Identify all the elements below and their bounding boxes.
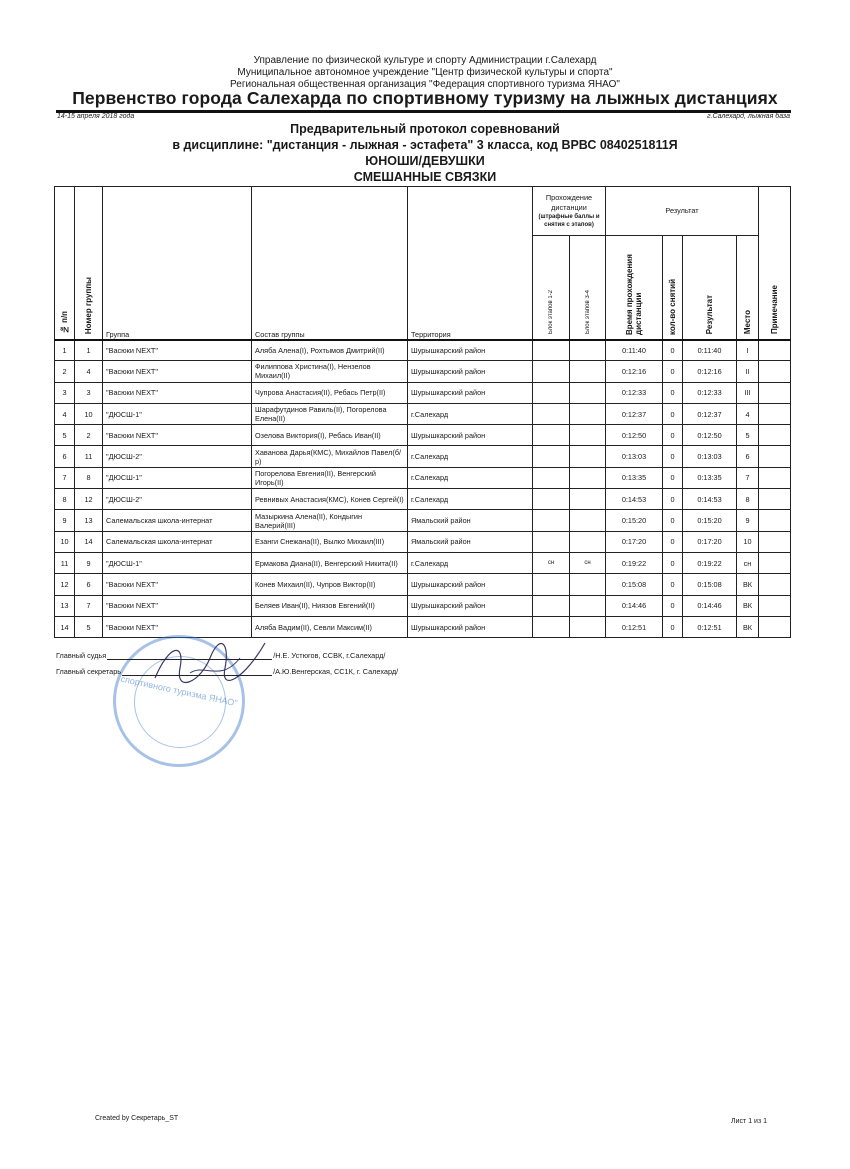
results-table: № п/п Номер группы Группа Состав группы … xyxy=(54,186,791,638)
table-row: 78"ДЮСШ-1"Погорелова Евгения(II), Венгер… xyxy=(55,467,791,488)
subcategory: СМЕШАННЫЕ СВЯЗКИ xyxy=(0,169,850,185)
cell-num: 5 xyxy=(55,425,75,446)
cell-block34 xyxy=(570,340,606,361)
cell-time: 0:12:37 xyxy=(606,403,663,424)
cell-group-num: 1 xyxy=(75,340,103,361)
col-members: Состав группы xyxy=(252,187,408,340)
col-num: № п/п xyxy=(55,187,75,340)
cell-group-num: 9 xyxy=(75,552,103,573)
cell-time: 0:15:08 xyxy=(606,574,663,595)
cell-num: 14 xyxy=(55,616,75,637)
cell-block12 xyxy=(533,489,570,510)
cell-block34 xyxy=(570,510,606,531)
cell-block34 xyxy=(570,425,606,446)
cell-note xyxy=(759,340,791,361)
cell-members: Филиппова Христина(I), Нензелов Михаил(I… xyxy=(252,361,408,382)
cell-note xyxy=(759,510,791,531)
cell-territory: Шурышкарский район xyxy=(408,574,533,595)
col-passage: Прохождение дистанции (штрафные баллы и … xyxy=(533,187,606,236)
cell-note xyxy=(759,382,791,403)
cell-result: 0:11:40 xyxy=(683,340,737,361)
cell-place: 8 xyxy=(737,489,759,510)
table-row: 145"Васюки NEXT"Аляба Вадим(II), Севли М… xyxy=(55,616,791,637)
cell-removals: 0 xyxy=(663,552,683,573)
table-row: 24"Васюки NEXT"Филиппова Христина(I), Не… xyxy=(55,361,791,382)
cell-territory: Шурышкарский район xyxy=(408,595,533,616)
cell-group: Салемальская школа-интернат xyxy=(103,531,252,552)
cell-group: "ДЮСШ-1" xyxy=(103,403,252,424)
col-time: Время прохождения дистанции xyxy=(606,236,663,340)
cell-territory: г.Салехард xyxy=(408,552,533,573)
table-row: 611"ДЮСШ-2"Хаванова Дарья(КМС), Михайлов… xyxy=(55,446,791,467)
cell-result: 0:12:16 xyxy=(683,361,737,382)
cell-territory: Шурышкарский район xyxy=(408,340,533,361)
cell-members: Езанги Снежана(II), Вылко Михаил(III) xyxy=(252,531,408,552)
event-place: г.Салехард, лыжная база xyxy=(707,113,790,120)
cell-num: 10 xyxy=(55,531,75,552)
cell-block12 xyxy=(533,382,570,403)
col-territory: Территория xyxy=(408,187,533,340)
cell-num: 8 xyxy=(55,489,75,510)
cell-group: "Васюки NEXT" xyxy=(103,382,252,403)
cell-removals: 0 xyxy=(663,361,683,382)
cell-removals: 0 xyxy=(663,489,683,510)
cell-removals: 0 xyxy=(663,467,683,488)
col-group-num: Номер группы xyxy=(75,187,103,340)
cell-group-num: 2 xyxy=(75,425,103,446)
cell-territory: Шурышкарский район xyxy=(408,425,533,446)
category: ЮНОШИ/ДЕВУШКИ xyxy=(0,153,850,169)
cell-block34 xyxy=(570,446,606,467)
org-line-1: Управление по физической культуре и спор… xyxy=(0,55,850,67)
cell-num: 13 xyxy=(55,595,75,616)
col-result: Результат xyxy=(683,236,737,340)
col-block34: Блок этапов 3-4 xyxy=(570,236,606,340)
title-rule xyxy=(56,110,791,113)
cell-removals: 0 xyxy=(663,616,683,637)
table-row: 52"Васюки NEXT"Озелова Виктория(I), Реба… xyxy=(55,425,791,446)
cell-territory: г.Салехард xyxy=(408,403,533,424)
cell-members: Беляев Иван(II), Ниязов Евгений(II) xyxy=(252,595,408,616)
cell-note xyxy=(759,595,791,616)
cell-result: 0:17:20 xyxy=(683,531,737,552)
cell-removals: 0 xyxy=(663,340,683,361)
cell-group-num: 12 xyxy=(75,489,103,510)
cell-group-num: 11 xyxy=(75,446,103,467)
cell-time: 0:12:51 xyxy=(606,616,663,637)
cell-block12 xyxy=(533,403,570,424)
table-row: 119"ДЮСШ-1"Ермакова Диана(II), Венгерски… xyxy=(55,552,791,573)
cell-block34 xyxy=(570,531,606,552)
cell-territory: Ямальский район xyxy=(408,531,533,552)
secretary-signature: Главный секретарь/А.Ю.Венгерская, СС1К, … xyxy=(56,667,398,676)
cell-block34 xyxy=(570,574,606,595)
cell-time: 0:14:46 xyxy=(606,595,663,616)
cell-num: 9 xyxy=(55,510,75,531)
cell-block12 xyxy=(533,425,570,446)
cell-group-num: 13 xyxy=(75,510,103,531)
cell-members: Чупрова Анастасия(II), Ребась Петр(II) xyxy=(252,382,408,403)
cell-place: ВК xyxy=(737,574,759,595)
cell-group: "ДЮСШ-1" xyxy=(103,552,252,573)
cell-block34: сн xyxy=(570,552,606,573)
cell-territory: Шурышкарский район xyxy=(408,361,533,382)
cell-num: 6 xyxy=(55,446,75,467)
cell-note xyxy=(759,361,791,382)
cell-group: "Васюки NEXT" xyxy=(103,340,252,361)
cell-group-num: 5 xyxy=(75,616,103,637)
cell-result: 0:14:53 xyxy=(683,489,737,510)
col-place: Место xyxy=(737,236,759,340)
cell-group: "Васюки NEXT" xyxy=(103,574,252,595)
table-row: 410"ДЮСШ-1"Шарафутдинов Равиль(II), Пого… xyxy=(55,403,791,424)
cell-num: 4 xyxy=(55,403,75,424)
table-row: 11"Васюки NEXT"Аляба Алена(I), Рохтымов … xyxy=(55,340,791,361)
cell-group: "ДЮСШ-2" xyxy=(103,489,252,510)
cell-territory: г.Салехард xyxy=(408,467,533,488)
cell-place: 6 xyxy=(737,446,759,467)
cell-block12 xyxy=(533,467,570,488)
cell-block34 xyxy=(570,467,606,488)
cell-group-num: 6 xyxy=(75,574,103,595)
col-result-group: Результат xyxy=(606,187,759,236)
cell-time: 0:12:33 xyxy=(606,382,663,403)
page-title: Первенство города Салехарда по спортивно… xyxy=(0,88,850,109)
cell-block12 xyxy=(533,340,570,361)
cell-group-num: 4 xyxy=(75,361,103,382)
cell-group-num: 10 xyxy=(75,403,103,424)
cell-num: 11 xyxy=(55,552,75,573)
cell-place: ВК xyxy=(737,595,759,616)
cell-time: 0:19:22 xyxy=(606,552,663,573)
cell-time: 0:17:20 xyxy=(606,531,663,552)
cell-time: 0:14:53 xyxy=(606,489,663,510)
cell-removals: 0 xyxy=(663,510,683,531)
cell-territory: Шурышкарский район xyxy=(408,616,533,637)
cell-group: "ДЮСШ-1" xyxy=(103,467,252,488)
cell-members: Шарафутдинов Равиль(II), Погорелова Елен… xyxy=(252,403,408,424)
cell-group-num: 8 xyxy=(75,467,103,488)
cell-result: 0:14:46 xyxy=(683,595,737,616)
page-number: Лист 1 из 1 xyxy=(731,1118,767,1125)
cell-block34 xyxy=(570,489,606,510)
col-block12: Блок этапов 1-2 xyxy=(533,236,570,340)
cell-num: 2 xyxy=(55,361,75,382)
cell-result: 0:13:03 xyxy=(683,446,737,467)
cell-members: Аляба Вадим(II), Севли Максим(II) xyxy=(252,616,408,637)
cell-note xyxy=(759,489,791,510)
cell-note xyxy=(759,403,791,424)
cell-members: Конев Михаил(II), Чупров Виктор(II) xyxy=(252,574,408,595)
cell-note xyxy=(759,446,791,467)
cell-block12 xyxy=(533,510,570,531)
cell-members: Ермакова Диана(II), Венгерский Никита(II… xyxy=(252,552,408,573)
cell-block12 xyxy=(533,616,570,637)
cell-time: 0:13:35 xyxy=(606,467,663,488)
cell-time: 0:12:16 xyxy=(606,361,663,382)
cell-block12 xyxy=(533,531,570,552)
cell-result: 0:15:20 xyxy=(683,510,737,531)
cell-num: 3 xyxy=(55,382,75,403)
cell-num: 1 xyxy=(55,340,75,361)
cell-place: 5 xyxy=(737,425,759,446)
judge-signature: Главный судья/Н.Е. Устюгов, ССВК, г.Сале… xyxy=(56,651,385,660)
cell-note xyxy=(759,531,791,552)
cell-group-num: 3 xyxy=(75,382,103,403)
cell-group: Салемальская школа-интернат xyxy=(103,510,252,531)
created-by: Created by Секретарь_ST xyxy=(95,1115,178,1122)
cell-note xyxy=(759,552,791,573)
cell-block34 xyxy=(570,616,606,637)
table-row: 913Салемальская школа-интернатМазыркина … xyxy=(55,510,791,531)
cell-removals: 0 xyxy=(663,425,683,446)
cell-result: 0:12:37 xyxy=(683,403,737,424)
cell-territory: Шурышкарский район xyxy=(408,382,533,403)
cell-result: 0:12:33 xyxy=(683,382,737,403)
table-row: 126"Васюки NEXT"Конев Михаил(II), Чупров… xyxy=(55,574,791,595)
cell-block34 xyxy=(570,361,606,382)
cell-block12 xyxy=(533,361,570,382)
cell-group-num: 7 xyxy=(75,595,103,616)
cell-group: "Васюки NEXT" xyxy=(103,361,252,382)
cell-block12: сн xyxy=(533,552,570,573)
cell-place: 10 xyxy=(737,531,759,552)
table-row: 33"Васюки NEXT"Чупрова Анастасия(II), Ре… xyxy=(55,382,791,403)
cell-removals: 0 xyxy=(663,446,683,467)
col-group: Группа xyxy=(103,187,252,340)
cell-place: III xyxy=(737,382,759,403)
cell-note xyxy=(759,425,791,446)
cell-place: ВК xyxy=(737,616,759,637)
cell-place: 4 xyxy=(737,403,759,424)
table-row: 812"ДЮСШ-2"Ревнивых Анастасия(КМС), Коне… xyxy=(55,489,791,510)
cell-members: Аляба Алена(I), Рохтымов Дмитрий(II) xyxy=(252,340,408,361)
cell-members: Погорелова Евгения(II), Венгерский Игорь… xyxy=(252,467,408,488)
cell-result: 0:12:50 xyxy=(683,425,737,446)
cell-result: 0:15:08 xyxy=(683,574,737,595)
cell-block34 xyxy=(570,382,606,403)
cell-note xyxy=(759,616,791,637)
cell-time: 0:12:50 xyxy=(606,425,663,446)
org-line-2: Муниципальное автономное учреждение "Цен… xyxy=(0,67,850,79)
cell-members: Ревнивых Анастасия(КМС), Конев Сергей(I) xyxy=(252,489,408,510)
cell-note xyxy=(759,467,791,488)
cell-block34 xyxy=(570,595,606,616)
cell-members: Озелова Виктория(I), Ребась Иван(II) xyxy=(252,425,408,446)
cell-removals: 0 xyxy=(663,382,683,403)
col-note: Примечание xyxy=(759,187,791,340)
cell-time: 0:11:40 xyxy=(606,340,663,361)
event-date: 14-15 апреля 2018 года xyxy=(57,113,134,120)
cell-block12 xyxy=(533,595,570,616)
cell-removals: 0 xyxy=(663,403,683,424)
cell-place: 9 xyxy=(737,510,759,531)
cell-place: 7 xyxy=(737,467,759,488)
cell-members: Хаванова Дарья(КМС), Михайлов Павел(б/р) xyxy=(252,446,408,467)
cell-removals: 0 xyxy=(663,531,683,552)
cell-note xyxy=(759,574,791,595)
cell-place: II xyxy=(737,361,759,382)
cell-block12 xyxy=(533,446,570,467)
cell-time: 0:15:20 xyxy=(606,510,663,531)
cell-territory: г.Салехард xyxy=(408,446,533,467)
cell-num: 7 xyxy=(55,467,75,488)
cell-territory: Ямальский район xyxy=(408,510,533,531)
cell-removals: 0 xyxy=(663,574,683,595)
cell-place: сн xyxy=(737,552,759,573)
cell-members: Мазыркина Алена(II), Кондыгин Валерий(II… xyxy=(252,510,408,531)
cell-territory: г.Салехард xyxy=(408,489,533,510)
cell-block34 xyxy=(570,403,606,424)
table-row: 137"Васюки NEXT"Беляев Иван(II), Ниязов … xyxy=(55,595,791,616)
cell-result: 0:19:22 xyxy=(683,552,737,573)
cell-time: 0:13:03 xyxy=(606,446,663,467)
cell-group-num: 14 xyxy=(75,531,103,552)
discipline: в дисциплине: "дистанция - лыжная - эста… xyxy=(0,137,850,153)
cell-result: 0:12:51 xyxy=(683,616,737,637)
cell-group: "Васюки NEXT" xyxy=(103,425,252,446)
cell-group: "ДЮСШ-2" xyxy=(103,446,252,467)
table-row: 1014Салемальская школа-интернатЕзанги Сн… xyxy=(55,531,791,552)
cell-result: 0:13:35 xyxy=(683,467,737,488)
cell-place: I xyxy=(737,340,759,361)
cell-removals: 0 xyxy=(663,595,683,616)
cell-block12 xyxy=(533,574,570,595)
col-removals: кол-во снятий xyxy=(663,236,683,340)
signature-scribble xyxy=(150,638,270,688)
cell-num: 12 xyxy=(55,574,75,595)
protocol-title: Предварительный протокол соревнований xyxy=(0,121,850,137)
cell-group: "Васюки NEXT" xyxy=(103,595,252,616)
